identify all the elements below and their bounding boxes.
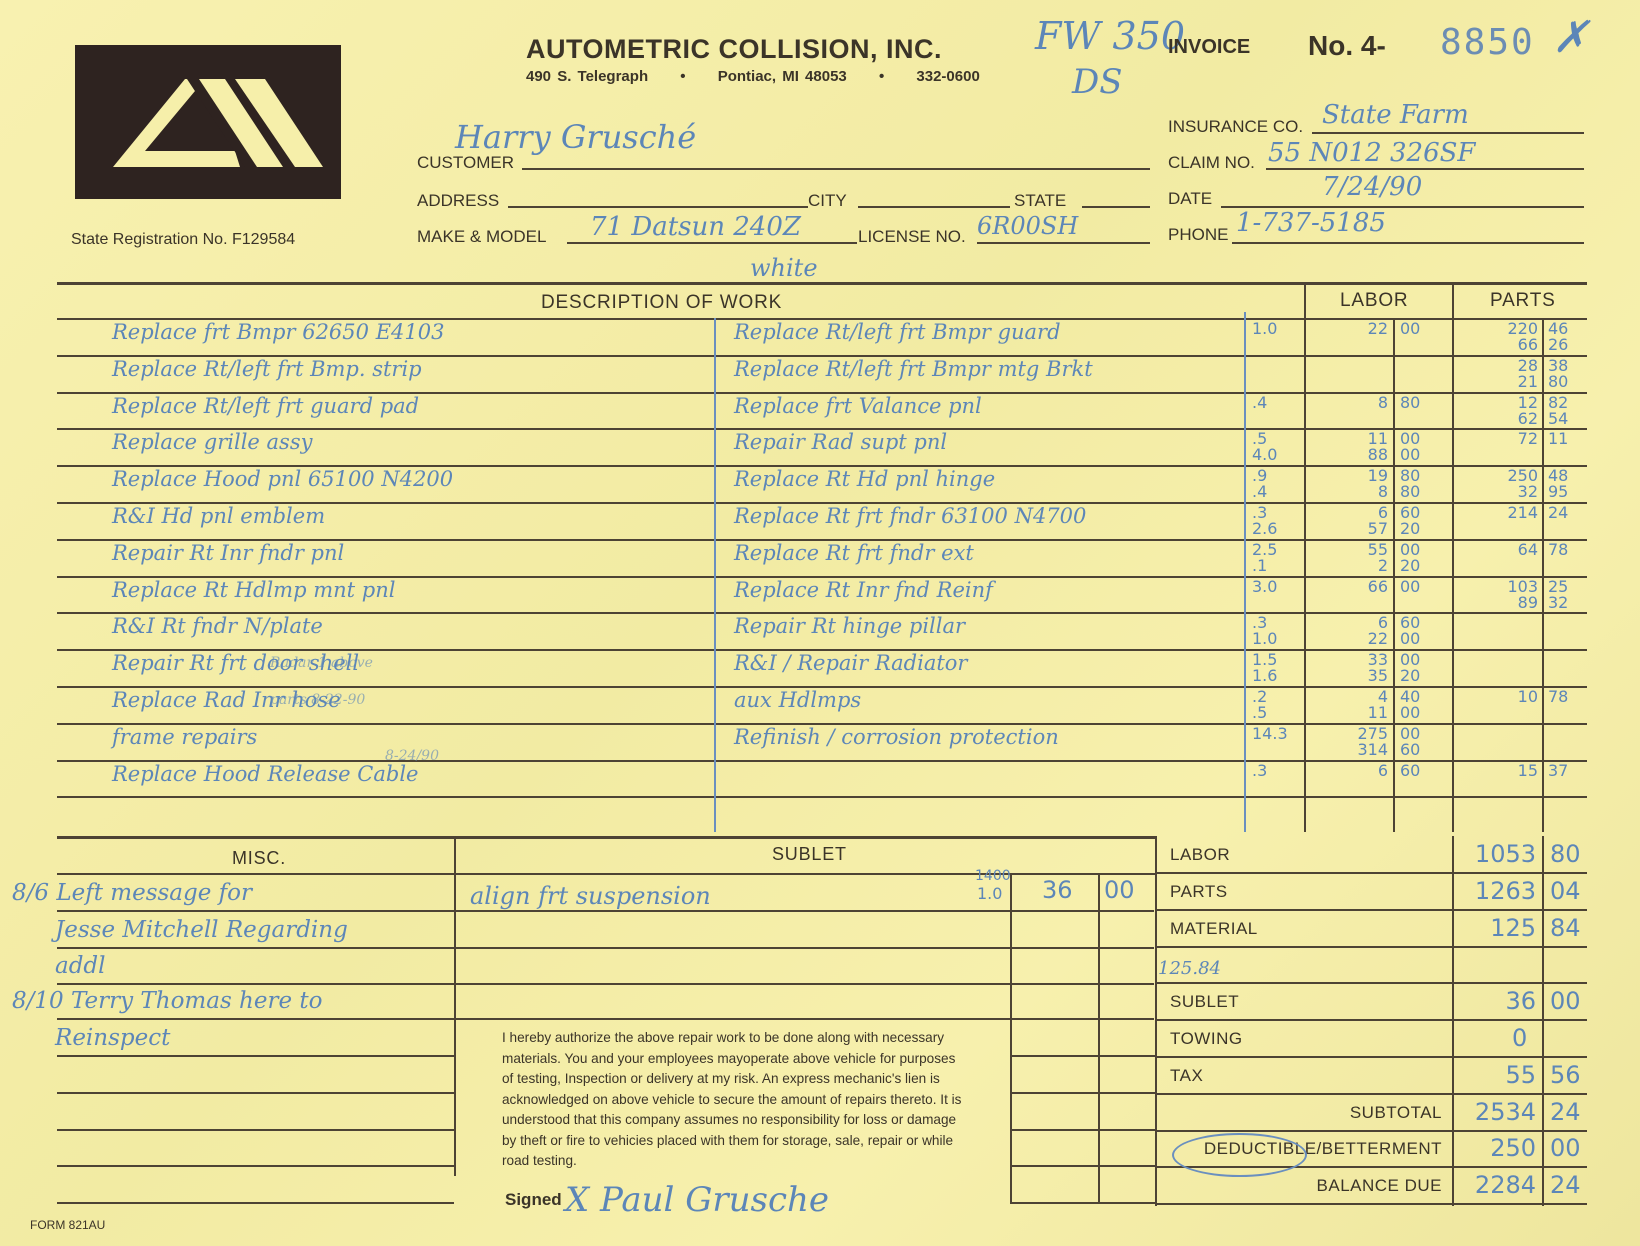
state-line[interactable] xyxy=(1082,206,1150,208)
deductible-circle-mark xyxy=(1172,1133,1307,1177)
labor-cents: 00 xyxy=(1400,703,1420,722)
totals-row-line xyxy=(1155,909,1587,911)
totals-row-line xyxy=(1155,1056,1587,1058)
annotation-radar: Radar 1 above xyxy=(270,655,373,671)
address-separator: • xyxy=(680,68,685,85)
work-description-left[interactable]: Replace Hood pnl 65100 N4200 xyxy=(112,467,453,491)
claim-label: CLAIM NO. xyxy=(1168,153,1255,173)
street-address: 490 S. Telegraph xyxy=(526,68,648,85)
work-description-right[interactable]: Replace Rt/left frt Bmpr guard xyxy=(734,320,1061,344)
totals-cents-border xyxy=(1542,836,1544,1206)
material-note: 125.84 xyxy=(1158,958,1221,979)
sublet-row-line xyxy=(1010,1165,1155,1167)
table-top-border xyxy=(57,282,1587,285)
misc-right-border xyxy=(454,836,456,1176)
sublet-cents-divider xyxy=(1098,873,1100,1203)
parts-total-label: PARTS xyxy=(1170,882,1228,902)
labor-cents: 60 xyxy=(1400,761,1420,780)
parts-dollars: 64 xyxy=(1518,540,1538,559)
work-description-left[interactable]: Replace Rt/left frt guard pad xyxy=(112,394,419,418)
labor-dollars: 35 xyxy=(1368,666,1388,685)
labor-dollars: 314 xyxy=(1357,740,1388,759)
labor-hours: .4 xyxy=(1252,393,1267,412)
material-total-cents: 84 xyxy=(1550,914,1581,942)
phone-value[interactable]: 1-737-5185 xyxy=(1236,208,1386,238)
annotation-fw: FW 350 xyxy=(1035,14,1185,58)
state-label: STATE xyxy=(1014,191,1066,211)
misc-line xyxy=(57,910,454,912)
subtotal-total-label: SUBTOTAL xyxy=(1350,1103,1442,1123)
sublet-row-line xyxy=(454,910,1154,912)
parts-dollars: 21 xyxy=(1518,372,1538,391)
license-label: LICENSE NO. xyxy=(858,227,966,247)
hours-divider xyxy=(1244,312,1246,832)
license-value[interactable]: 6R00SH xyxy=(977,212,1078,240)
date-label: DATE xyxy=(1168,189,1212,209)
claim-line xyxy=(1266,168,1584,170)
table-row-line xyxy=(57,796,1587,798)
labor-hours: 2.6 xyxy=(1252,519,1277,538)
insurance-line xyxy=(1312,132,1584,134)
labor-hours: 1.0 xyxy=(1252,319,1277,338)
work-description-left[interactable]: Replace Hood Release Cable xyxy=(112,762,418,786)
work-description-right[interactable]: Replace Rt frt fndr 63100 N4700 xyxy=(734,504,1086,528)
totals-row-line xyxy=(1155,1130,1587,1132)
work-description-right[interactable]: R&I / Repair Radiator xyxy=(734,651,967,675)
parts-dollars: 10 xyxy=(1518,687,1538,706)
labor-dollars: 57 xyxy=(1368,519,1388,538)
totals-value-border xyxy=(1452,836,1454,1206)
color-note: white xyxy=(750,254,818,282)
phone-label: PHONE xyxy=(1168,225,1228,245)
subtotal-total-cents: 24 xyxy=(1550,1098,1581,1126)
misc-note[interactable]: 8/6 Left message for xyxy=(12,880,252,906)
sublet-rate-divider xyxy=(1010,873,1012,1203)
misc-line xyxy=(57,1165,454,1167)
autometric-logo-icon xyxy=(75,45,341,199)
totals-row-line xyxy=(1155,946,1587,948)
address-separator: • xyxy=(879,68,884,85)
labor-dollars: 22 xyxy=(1368,319,1388,338)
customer-label: CUSTOMER xyxy=(417,153,514,173)
misc-line xyxy=(57,1092,454,1094)
labor-hours: .1 xyxy=(1252,556,1267,575)
misc-note[interactable]: Reinspect xyxy=(55,1025,170,1051)
tax-total-dollars: 55 xyxy=(1505,1061,1536,1089)
description-header: DESCRIPTION OF WORK xyxy=(541,292,782,314)
misc-line xyxy=(57,1202,454,1204)
make-model-label: MAKE & MODEL xyxy=(417,227,546,247)
sublet-row-line xyxy=(454,947,1154,949)
totals-row-line xyxy=(1155,1093,1587,1095)
parts-total-cents: 04 xyxy=(1550,877,1581,905)
invoice-number-label: No. 4- xyxy=(1308,30,1386,62)
insurance-label: INSURANCE CO. xyxy=(1168,117,1303,137)
sublet-row-line xyxy=(454,983,1154,985)
form-number: FORM 821AU xyxy=(30,1218,105,1232)
misc-line xyxy=(57,1129,454,1131)
misc-line xyxy=(57,983,454,985)
work-description-right[interactable]: Refinish / corrosion protection xyxy=(734,725,1059,749)
work-description-left[interactable]: Replace grille assy xyxy=(112,430,312,454)
labor-cents: 80 xyxy=(1400,393,1420,412)
work-description-right[interactable]: Replace Rt Inr fnd Reinf xyxy=(734,578,993,602)
deductible-total-cents: 00 xyxy=(1550,1134,1581,1162)
labor-hours: 1.0 xyxy=(1252,629,1277,648)
work-description-right[interactable]: Replace Rt Hd pnl hinge xyxy=(734,467,995,491)
invoice-label: INVOICE xyxy=(1168,36,1250,59)
x-mark-icon: ✗ xyxy=(1552,12,1589,63)
city-label: CITY xyxy=(808,191,847,211)
company-phone: 332-0600 xyxy=(916,68,979,85)
labor-dollars: 22 xyxy=(1368,629,1388,648)
parts-dollars: 214 xyxy=(1507,503,1538,522)
customer-value[interactable]: Harry Grusché xyxy=(455,118,696,156)
tax-total-cents: 56 xyxy=(1550,1061,1581,1089)
misc-line xyxy=(57,947,454,949)
labor-cents: 00 xyxy=(1400,629,1420,648)
labor-total-cents: 80 xyxy=(1550,840,1581,868)
totals-left-border xyxy=(1155,836,1157,1206)
towing-total-value: 0 xyxy=(1512,1024,1527,1052)
labor-dollars: 6 xyxy=(1378,761,1388,780)
labor-cents: 20 xyxy=(1400,556,1420,575)
labor-cents: 00 xyxy=(1400,319,1420,338)
work-description-left[interactable]: Repair Rt Inr fndr pnl xyxy=(112,541,344,565)
labor-cents: 00 xyxy=(1400,445,1420,464)
labor-cents: 00 xyxy=(1400,577,1420,596)
annotation-date: 8-24/90 xyxy=(385,748,439,764)
totals-row-line xyxy=(1155,982,1587,984)
sublet-row-line xyxy=(1010,1055,1155,1057)
parts-dollars: 32 xyxy=(1518,482,1538,501)
labor-hours: 3.0 xyxy=(1252,577,1277,596)
invoice-number: 8850 xyxy=(1440,22,1535,63)
totals-row-line xyxy=(1155,872,1587,874)
sublet-row-line xyxy=(1010,1202,1155,1204)
labor-dollars: 88 xyxy=(1368,445,1388,464)
parts-dollars: 15 xyxy=(1518,761,1538,780)
misc-line xyxy=(57,1018,454,1020)
labor-dollars: 2 xyxy=(1378,556,1388,575)
make-model-line xyxy=(567,242,857,244)
date-value[interactable]: 7/24/90 xyxy=(1322,172,1422,202)
sublet-item-hours: 1.0 xyxy=(977,884,1002,903)
labor-dollars: 66 xyxy=(1368,577,1388,596)
make-model-value[interactable]: 71 Datsun 240Z xyxy=(590,212,801,242)
parts-dollars: 89 xyxy=(1518,593,1538,612)
parts-cents: 78 xyxy=(1548,687,1568,706)
work-description-right[interactable]: Repair Rad supt pnl xyxy=(734,430,947,454)
labor-total-label: LABOR xyxy=(1170,845,1230,865)
labor-hours: .5 xyxy=(1252,703,1267,722)
labor-hours: 1.6 xyxy=(1252,666,1277,685)
material-total-label: MATERIAL xyxy=(1170,919,1258,939)
address-line[interactable] xyxy=(508,206,808,208)
phone-line xyxy=(1232,242,1584,244)
work-description-left[interactable]: R&I Rt fndr N/plate xyxy=(112,614,323,638)
labor-cents-divider xyxy=(1393,318,1395,832)
sublet-item-dollars: 36 xyxy=(1042,876,1073,904)
address-label: ADDRESS xyxy=(417,191,499,211)
parts-cents: 95 xyxy=(1548,482,1568,501)
work-description-right[interactable]: Replace frt Valance pnl xyxy=(734,394,982,418)
work-description-left[interactable]: Replace Rt Hdlmp mnt pnl xyxy=(112,578,395,602)
labor-hours: .4 xyxy=(1252,482,1267,501)
work-description-left[interactable]: Replace Rt/left frt Bmp. strip xyxy=(112,357,422,381)
labor-col-left xyxy=(1304,282,1306,832)
misc-note[interactable]: 8/10 Terry Thomas here to xyxy=(12,988,323,1014)
parts-cents-divider xyxy=(1542,318,1544,832)
city-address: Pontiac, MI 48053 xyxy=(718,68,847,85)
parts-cents: 80 xyxy=(1548,372,1568,391)
state-registration: State Registration No. F129584 xyxy=(71,231,295,249)
misc-note[interactable]: addl xyxy=(55,953,106,979)
company-name: AUTOMETRIC COLLISION, INC. xyxy=(526,34,942,65)
customer-signature[interactable]: X Paul Grusche xyxy=(565,1180,829,1220)
invoice-document: State Registration No. F129584 AUTOMETRI… xyxy=(0,0,1640,1246)
labor-cents: 80 xyxy=(1400,482,1420,501)
customer-line xyxy=(522,168,1150,170)
parts-cents: 32 xyxy=(1548,593,1568,612)
license-line xyxy=(977,242,1150,244)
deductible-total-dollars: 250 xyxy=(1490,1134,1536,1162)
labor-cents: 20 xyxy=(1400,666,1420,685)
signed-label: Signed xyxy=(505,1190,562,1210)
parts-dollars: 66 xyxy=(1518,335,1538,354)
sublet-item-rate: 1400 xyxy=(975,868,1011,884)
parts-cents: 54 xyxy=(1548,409,1568,428)
authorization-disclaimer: I hereby authorize the above repair work… xyxy=(502,1028,962,1172)
work-description-right[interactable]: Repair Rt hinge pillar xyxy=(734,614,965,638)
parts-cents: 11 xyxy=(1548,429,1568,448)
sublet-row-line xyxy=(454,1018,1154,1020)
parts-col-left xyxy=(1452,282,1454,832)
balance-total-cents: 24 xyxy=(1550,1171,1581,1199)
material-total-dollars: 125 xyxy=(1490,914,1536,942)
labor-hours: 14.3 xyxy=(1252,724,1288,743)
labor-hours: .3 xyxy=(1252,761,1267,780)
towing-total-label: TOWING xyxy=(1170,1029,1243,1049)
balance-total-label: BALANCE DUE xyxy=(1317,1176,1442,1196)
work-description-left[interactable]: frame repairs xyxy=(112,725,257,749)
balance-total-dollars: 2284 xyxy=(1475,1171,1536,1199)
work-description-right[interactable]: Replace Rt frt fndr ext xyxy=(734,541,974,565)
labor-header: LABOR xyxy=(1340,290,1408,312)
sublet-item-description[interactable]: align frt suspension xyxy=(470,882,711,910)
city-line[interactable] xyxy=(858,206,1010,208)
parts-dollars: 72 xyxy=(1518,429,1538,448)
sublet-row-line xyxy=(1010,1129,1155,1131)
sublet-total-cents: 00 xyxy=(1550,987,1581,1015)
work-description-right[interactable]: aux Hdlmps xyxy=(734,688,861,712)
work-description-left[interactable]: R&I Hd pnl emblem xyxy=(112,504,325,528)
annotation-ds: DS xyxy=(1072,62,1123,102)
sublet-header: SUBLET xyxy=(772,844,847,865)
parts-dollars: 62 xyxy=(1518,409,1538,428)
company-address: 490 S. Telegraph • Pontiac, MI 48053 • 3… xyxy=(526,68,1006,85)
labor-hours: 4.0 xyxy=(1252,445,1277,464)
misc-header: MISC. xyxy=(232,848,286,869)
labor-total-dollars: 1053 xyxy=(1475,840,1536,868)
parts-cents: 78 xyxy=(1548,540,1568,559)
claim-value[interactable]: 55 N012 326SF xyxy=(1268,138,1475,168)
description-divider xyxy=(714,318,716,832)
sublet-total-dollars: 36 xyxy=(1505,987,1536,1015)
annotation-parts: parts 8-22-90 xyxy=(270,692,365,708)
labor-cents: 20 xyxy=(1400,519,1420,538)
insurance-value[interactable]: State Farm xyxy=(1322,100,1469,130)
misc-sublet-top-border xyxy=(57,836,1155,839)
work-description-right[interactable]: Replace Rt/left frt Bmpr mtg Brkt xyxy=(734,357,1093,381)
parts-total-dollars: 1263 xyxy=(1475,877,1536,905)
totals-row-line xyxy=(1155,1203,1587,1205)
sublet-total-label: SUBLET xyxy=(1170,992,1239,1012)
labor-dollars: 11 xyxy=(1368,703,1388,722)
labor-dollars: 8 xyxy=(1378,482,1388,501)
labor-cents: 60 xyxy=(1400,740,1420,759)
tax-total-label: TAX xyxy=(1170,1066,1203,1086)
sublet-row-line xyxy=(1010,1092,1155,1094)
subtotal-total-dollars: 2534 xyxy=(1475,1098,1536,1126)
parts-cents: 37 xyxy=(1548,761,1568,780)
work-description-left[interactable]: Replace frt Bmpr 62650 E4103 xyxy=(112,320,444,344)
labor-dollars: 8 xyxy=(1378,393,1388,412)
misc-line xyxy=(57,1055,454,1057)
totals-row-line xyxy=(1155,1019,1587,1021)
parts-cents: 26 xyxy=(1548,335,1568,354)
sublet-item-cents: 00 xyxy=(1104,876,1135,904)
misc-note[interactable]: Jesse Mitchell Regarding xyxy=(55,917,348,943)
parts-header: PARTS xyxy=(1490,290,1556,312)
parts-cents: 24 xyxy=(1548,503,1568,522)
